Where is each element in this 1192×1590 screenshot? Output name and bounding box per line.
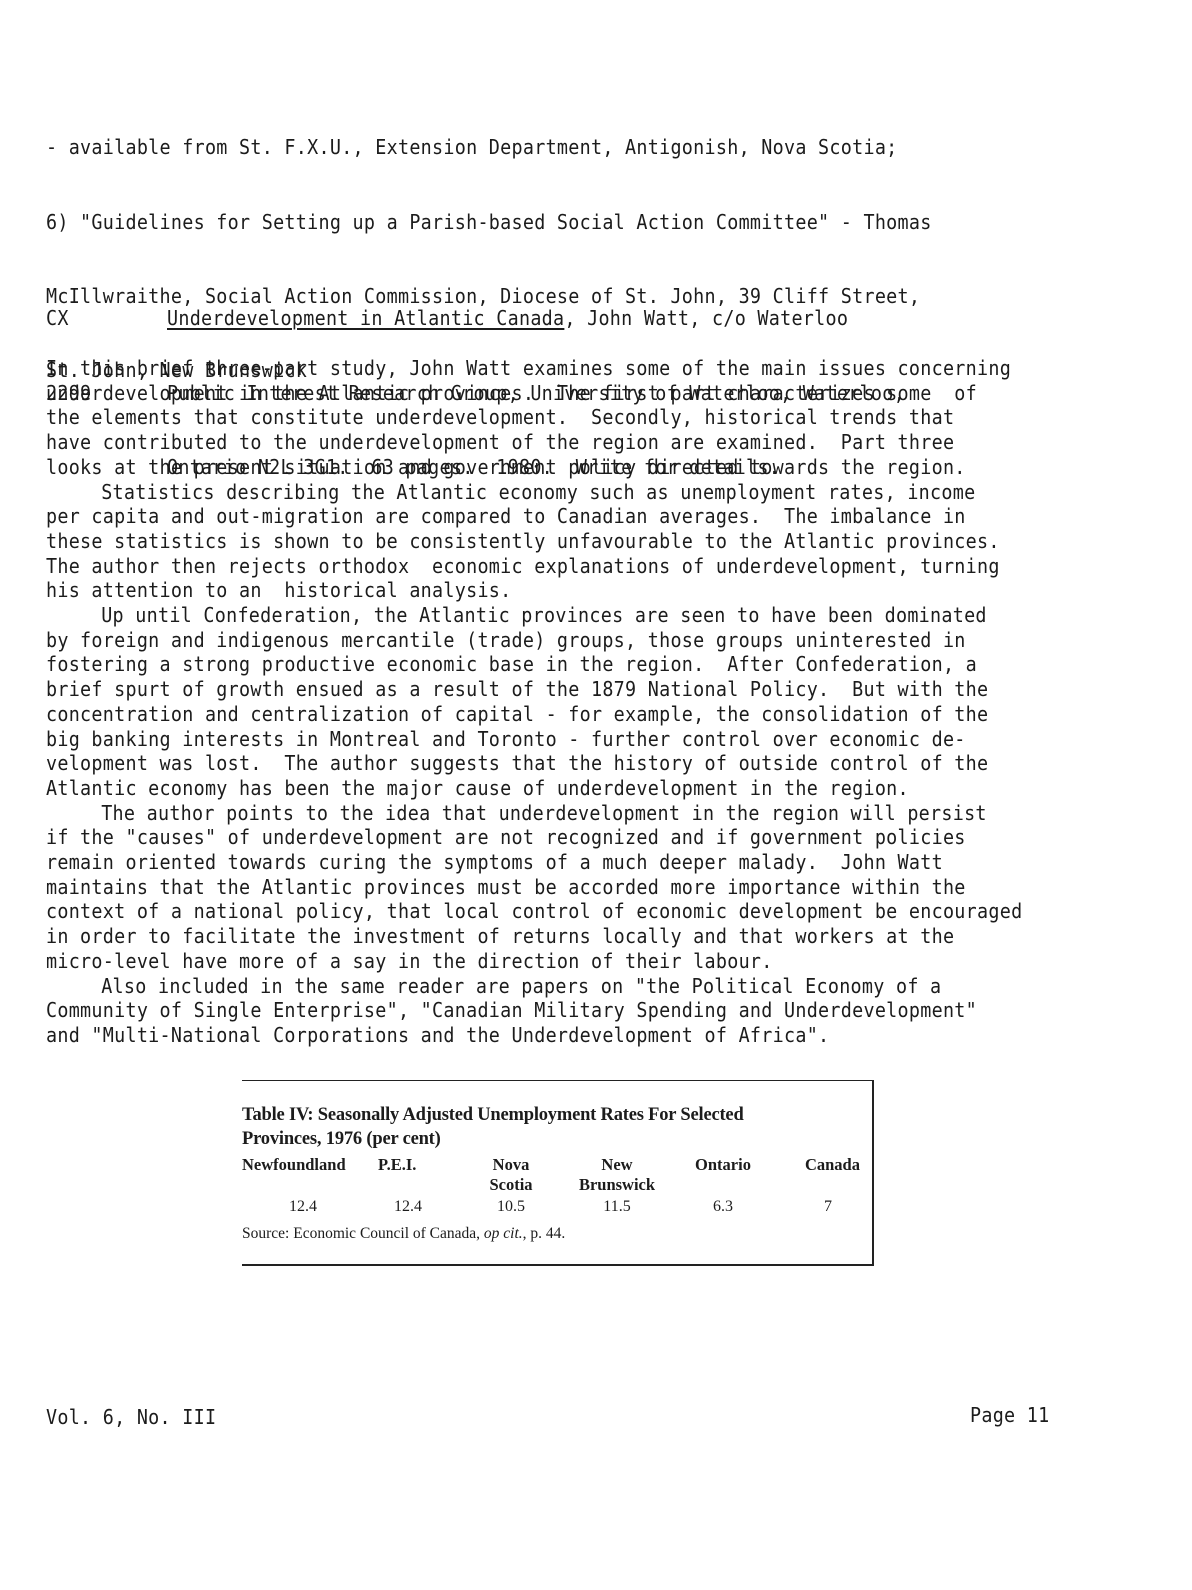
body-line: and "Multi-National Corporations and the… bbox=[46, 1023, 1022, 1048]
unemployment-rates-table: Newfoundland P.E.I. NovaScotia NewBrunsw… bbox=[242, 1155, 860, 1217]
rate-cell: 12.4 bbox=[242, 1195, 364, 1217]
table-source-note: Source: Economic Council of Canada, op c… bbox=[242, 1225, 565, 1243]
source-text: Source: Economic Council of Canada, bbox=[242, 1225, 484, 1242]
body-line-text: The author points to the idea that under… bbox=[101, 801, 987, 825]
body-line: Atlantic economy has been the major caus… bbox=[46, 776, 1022, 801]
body-line: remain oriented towards curing the sympt… bbox=[46, 850, 1022, 875]
body-line: if the "causes" of underdevelopment are … bbox=[46, 825, 1022, 850]
entry-code-prefix: CX bbox=[46, 306, 91, 331]
entry-author: , John Watt, c/o Waterloo bbox=[564, 306, 848, 330]
body-line-text: Community of Single Enterprise", "Canadi… bbox=[46, 998, 977, 1022]
body-line: micro-level have more of a say in the di… bbox=[46, 949, 1022, 974]
body-line-text: by foreign and indigenous mercantile (tr… bbox=[46, 628, 966, 652]
source-suffix: , p. 44. bbox=[523, 1225, 566, 1242]
body-line: big banking interests in Montreal and To… bbox=[46, 727, 1022, 752]
body-line-text: the elements that constitute underdevelo… bbox=[46, 405, 954, 429]
body-line: Up until Confederation, the Atlantic pro… bbox=[46, 603, 1022, 628]
source-italic: op cit. bbox=[484, 1225, 523, 1242]
rate-cell: 10.5 bbox=[470, 1195, 552, 1217]
table-header-row: Newfoundland P.E.I. NovaScotia NewBrunsw… bbox=[242, 1155, 860, 1195]
body-line: Statistics describing the Atlantic econo… bbox=[46, 480, 1022, 505]
body-line-text: Statistics describing the Atlantic econo… bbox=[101, 480, 975, 504]
body-line: his attention to an historical analysis. bbox=[46, 578, 1022, 603]
body-line-text: concentration and centralization of capi… bbox=[46, 702, 988, 726]
body-line-text: remain oriented towards curing the sympt… bbox=[46, 850, 943, 874]
body-line: velopment was lost. The author suggests … bbox=[46, 751, 1022, 776]
column-header: P.E.I. bbox=[364, 1155, 470, 1195]
body-line-text: velopment was lost. The author suggests … bbox=[46, 751, 988, 775]
rate-cell: 12.4 bbox=[364, 1195, 470, 1217]
body-line: context of a national policy, that local… bbox=[46, 899, 1022, 924]
citation-line-1: Underdevelopment in Atlantic Canada, Joh… bbox=[167, 306, 905, 331]
rate-cell: 6.3 bbox=[682, 1195, 764, 1217]
body-line-text: maintains that the Atlantic provinces mu… bbox=[46, 875, 966, 899]
body-line: brief spurt of growth ensued as a result… bbox=[46, 677, 1022, 702]
body-line-text: have contributed to the underdevelopment… bbox=[46, 430, 954, 454]
body-line-text: Up until Confederation, the Atlantic pro… bbox=[101, 603, 987, 627]
column-header: Newfoundland bbox=[242, 1155, 364, 1195]
body-line-text: micro-level have more of a say in the di… bbox=[46, 949, 773, 973]
body-line: in order to facilitate the investment of… bbox=[46, 924, 1022, 949]
body-line-text: context of a national policy, that local… bbox=[46, 899, 1022, 923]
body-line: have contributed to the underdevelopment… bbox=[46, 430, 1022, 455]
table-iv-box: Table IV: Seasonally Adjusted Unemployme… bbox=[242, 1080, 874, 1266]
body-line: looks at the present situation and gover… bbox=[46, 455, 1022, 480]
body-line-text: Atlantic economy has been the major caus… bbox=[46, 776, 909, 800]
body-line: by foreign and indigenous mercantile (tr… bbox=[46, 628, 1022, 653]
rate-cell: 7 bbox=[764, 1195, 860, 1217]
body-line-text: these statistics is shown to be consiste… bbox=[46, 529, 1000, 553]
body-line: The author then rejects orthodox economi… bbox=[46, 554, 1022, 579]
table-title-line-2: Provinces, 1976 (per cent) bbox=[242, 1127, 842, 1151]
body-line: Community of Single Enterprise", "Canadi… bbox=[46, 998, 1022, 1023]
body-line-text: In this brief three-part study, John Wat… bbox=[46, 356, 1011, 380]
body-line-text: brief spurt of growth ensued as a result… bbox=[46, 677, 988, 701]
body-line-text: in order to facilitate the investment of… bbox=[46, 924, 954, 948]
body-line: per capita and out-migration are compare… bbox=[46, 504, 1022, 529]
footer-page-number: Page 11 bbox=[970, 1403, 1049, 1428]
body-line: the elements that constitute underdevelo… bbox=[46, 405, 1022, 430]
body-line: Also included in the same reader are pap… bbox=[46, 974, 1022, 999]
body-line-text: underdevelopment in the Atlantic provinc… bbox=[46, 381, 977, 405]
column-header: Ontario bbox=[682, 1155, 764, 1195]
intro-line: - available from St. F.X.U., Extension D… bbox=[46, 135, 932, 160]
rate-cell: 11.5 bbox=[552, 1195, 682, 1217]
body-line-text: if the "causes" of underdevelopment are … bbox=[46, 825, 966, 849]
body-line-text: Also included in the same reader are pap… bbox=[101, 974, 941, 998]
body-line: maintains that the Atlantic provinces mu… bbox=[46, 875, 1022, 900]
table-row: 12.4 12.4 10.5 11.5 6.3 7 bbox=[242, 1195, 860, 1217]
table-title-line-1: Table IV: Seasonally Adjusted Unemployme… bbox=[242, 1103, 842, 1127]
body-line: In this brief three-part study, John Wat… bbox=[46, 356, 1022, 381]
body-line-text: fostering a strong productive economic b… bbox=[46, 652, 977, 676]
footer-volume: Vol. 6, No. III bbox=[46, 1405, 216, 1430]
column-header: NewBrunswick bbox=[552, 1155, 682, 1195]
body-line-text: looks at the present situation and gover… bbox=[46, 455, 966, 479]
body-line-text: his attention to an historical analysis. bbox=[46, 578, 512, 602]
column-header: Canada bbox=[764, 1155, 860, 1195]
column-header: NovaScotia bbox=[470, 1155, 552, 1195]
body-line: underdevelopment in the Atlantic provinc… bbox=[46, 381, 1022, 406]
body-line: these statistics is shown to be consiste… bbox=[46, 529, 1022, 554]
body-line-text: per capita and out-migration are compare… bbox=[46, 504, 966, 528]
table-title: Table IV: Seasonally Adjusted Unemployme… bbox=[242, 1103, 842, 1151]
intro-line: 6) "Guidelines for Setting up a Parish-b… bbox=[46, 210, 932, 235]
body-line-text: The author then rejects orthodox economi… bbox=[46, 554, 1000, 578]
body-line-text: and "Multi-National Corporations and the… bbox=[46, 1023, 829, 1047]
body-line: fostering a strong productive economic b… bbox=[46, 652, 1022, 677]
entry-title: Underdevelopment in Atlantic Canada bbox=[167, 306, 564, 330]
body-line: The author points to the idea that under… bbox=[46, 801, 1022, 826]
body-line-text: big banking interests in Montreal and To… bbox=[46, 727, 966, 751]
review-body: In this brief three-part study, John Wat… bbox=[46, 356, 1022, 1048]
body-line: concentration and centralization of capi… bbox=[46, 702, 1022, 727]
